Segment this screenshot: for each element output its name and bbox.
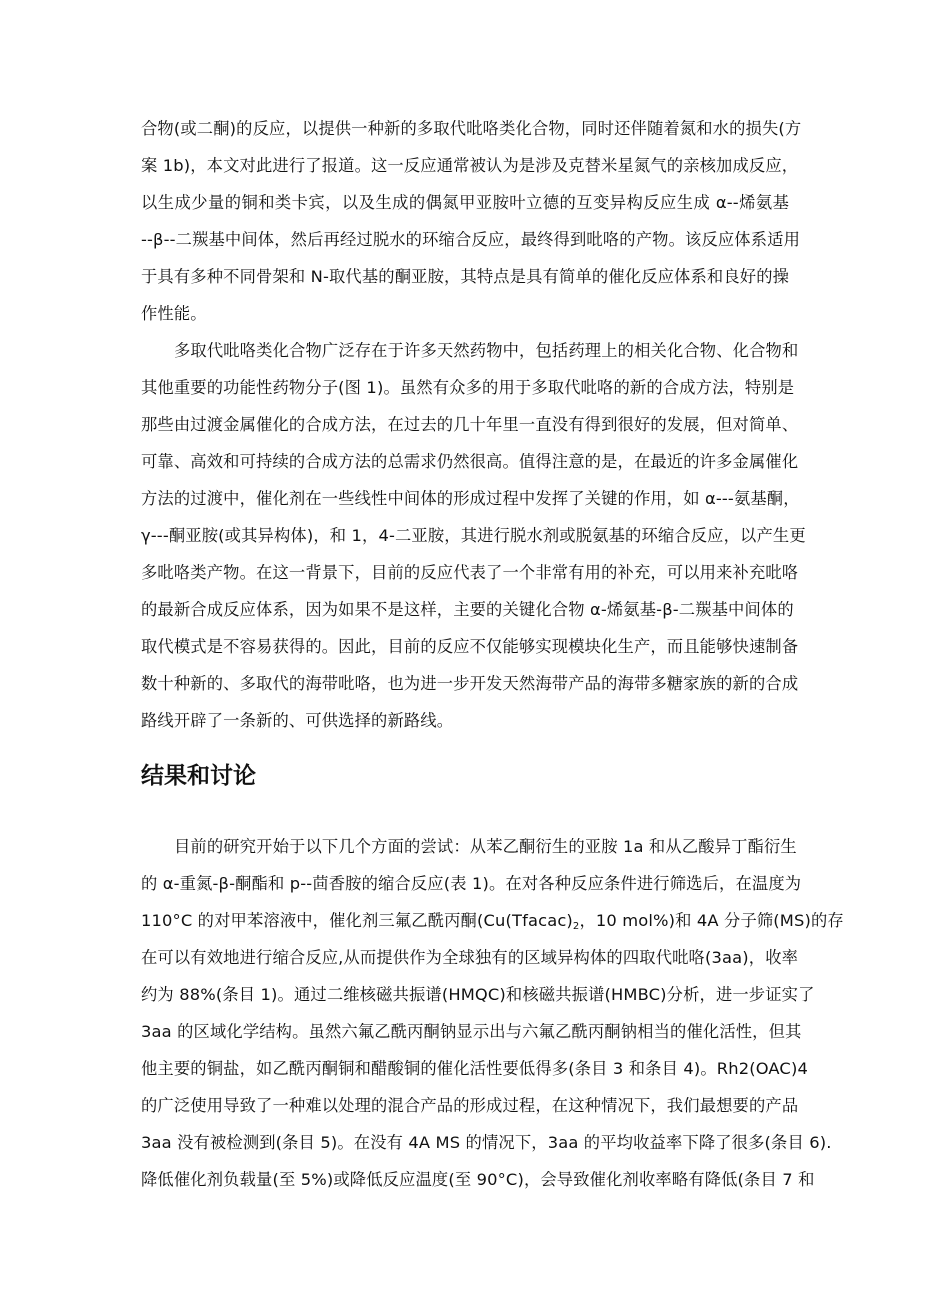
text-line: 作性能。 <box>141 304 207 324</box>
text-line: 合物(或二酮)的反应，以提供一种新的多取代吡咯类化合物，同时还伴随着氮和水的损失… <box>141 119 789 139</box>
text-line: 3aa 的区域化学结构。虽然六氟乙酰丙酮钠显示出与六氟乙酰丙酮钠相当的催化活性，… <box>141 1022 789 1042</box>
text-line: 取代模式是不容易获得的。因此，目前的反应不仅能够实现模块化生产，而且能够快速制备 <box>141 637 789 657</box>
text-line: 于具有多种不同骨架和 N-取代基的酮亚胺，其特点是具有简单的催化反应体系和良好的… <box>141 267 789 287</box>
text-line: 的最新合成反应体系，因为如果不是这样，主要的关键化合物 α-烯氨基-β-二羰基中… <box>141 600 789 620</box>
text-line: γ---酮亚胺(或其异构体)，和 1，4-二亚胺，其进行脱水剂或脱氨基的环缩合反… <box>141 526 789 546</box>
text-line: 路线开辟了一条新的、可供选择的新路线。 <box>141 711 453 731</box>
text-line: 在可以有效地进行缩合反应,从而提供作为全球独有的区域异构体的四取代吡咯(3aa)… <box>141 948 789 968</box>
text-line: 约为 88%(条目 1)。通过二维核磁共振谱(HMQC)和核磁共振谱(HMBC)… <box>141 985 789 1005</box>
text-line: 以生成少量的铜和类卡宾，以及生成的偶氮甲亚胺叶立德的互变异构反应生成 α--烯氨… <box>141 193 789 213</box>
text-line: 其他重要的功能性药物分子(图 1)。虽然有众多的用于多取代吡咯的新的合成方法，特… <box>141 378 789 398</box>
text-line: 多取代吡咯类化合物广泛存在于许多天然药物中，包括药理上的相关化合物、化合物和 <box>174 341 789 361</box>
text-line: 他主要的铜盐，如乙酰丙酮铜和醋酸铜的催化活性要低得多(条目 3 和条目 4)。R… <box>141 1059 789 1079</box>
text-line: 目前的研究开始于以下几个方面的尝试：从苯乙酮衍生的亚胺 1a 和从乙酸异丁酯衍生 <box>174 837 789 857</box>
text-line: 可靠、高效和可持续的合成方法的总需求仍然很高。值得注意的是，在最近的许多金属催化 <box>141 452 789 472</box>
text-line: 的广泛使用导致了一种难以处理的混合产品的形成过程，在这种情况下，我们最想要的产品 <box>141 1096 789 1116</box>
text-line: 的 α-重氮-β-酮酯和 p--茴香胺的缩合反应(表 1)。在对各种反应条件进行… <box>141 874 789 894</box>
text-line: --β--二羰基中间体，然后再经过脱水的环缩合反应，最终得到吡咯的产物。该反应体… <box>141 230 789 250</box>
text-line: 方法的过渡中，催化剂在一些线性中间体的形成过程中发挥了关键的作用，如 α---氨… <box>141 489 789 509</box>
text-line: 110°C 的对甲苯溶液中，催化剂三氟乙酰丙酮(Cu(Tfacac)2，10 m… <box>141 911 789 931</box>
text-line: 3aa 没有被检测到(条目 5)。在没有 4A MS 的情况下，3aa 的平均收… <box>141 1133 789 1153</box>
text-segment: 110°C 的对甲苯溶液中，催化剂三氟乙酰丙酮(Cu(Tfacac) <box>141 911 573 930</box>
text-segment: ，10 mol%)和 4A 分子筛(MS)的存 <box>579 911 843 930</box>
text-line: 案 1b)，本文对此进行了报道。这一反应通常被认为是涉及克替米星氮气的亲核加成反… <box>141 156 789 176</box>
text-line: 降低催化剂负载量(至 5%)或降低反应温度(至 90°C)，会导致催化剂收率略有… <box>141 1170 789 1190</box>
text-line: 多吡咯类产物。在这一背景下，目前的反应代表了一个非常有用的补充，可以用来补充吡咯 <box>141 563 789 583</box>
text-line: 那些由过渡金属催化的合成方法，在过去的几十年里一直没有得到很好的发展，但对简单、 <box>141 415 789 435</box>
text-line: 数十种新的、多取代的海带吡咯，也为进一步开发天然海带产品的海带多糖家族的新的合成 <box>141 674 789 694</box>
section-heading: 结果和讨论 <box>141 762 256 790</box>
